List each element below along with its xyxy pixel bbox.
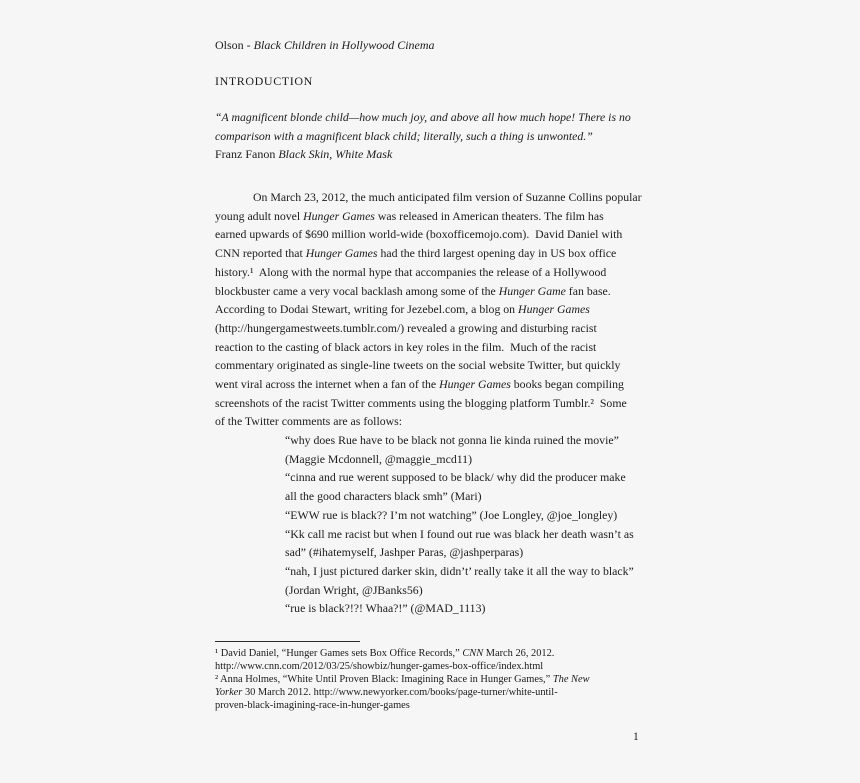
text-run: had the third largest opening day in US … xyxy=(378,246,617,260)
text-line: earned upwards of $690 million world-wid… xyxy=(215,225,642,244)
text-run: all the good characters black smh” (Mari… xyxy=(285,489,482,503)
document-page: Olson - Black Children in Hollywood Cine… xyxy=(0,0,860,783)
text-line: reaction to the casting of black actors … xyxy=(215,338,642,357)
text-run: ¹ David Daniel, “Hunger Games sets Box O… xyxy=(215,648,462,659)
page-number: 1 xyxy=(633,731,639,743)
text-run: screenshots of the racist Twitter commen… xyxy=(215,396,627,410)
text-line: commentary originated as single-line twe… xyxy=(215,356,642,375)
italic-run: Hunger Game xyxy=(499,284,566,298)
text-line: ¹ David Daniel, “Hunger Games sets Box O… xyxy=(215,647,590,660)
text-run: (Maggie Mcdonnell, @maggie_mcd11) xyxy=(285,452,472,466)
text-run: http://www.cnn.com/2012/03/25/showbiz/hu… xyxy=(215,661,543,672)
text-line: blockbuster came a very vocal backlash a… xyxy=(215,282,642,301)
text-line: On March 23, 2012, the much anticipated … xyxy=(215,188,642,207)
italic-run: Black Skin, White Mask xyxy=(278,147,392,161)
text-run: sad” (#ihatemyself, Jashper Paras, @jash… xyxy=(285,545,523,559)
text-run: March 26, 2012. xyxy=(483,648,554,659)
text-run: fan base. xyxy=(566,284,611,298)
text-line: history.¹ Along with the normal hype tha… xyxy=(215,263,642,282)
italic-run: The New xyxy=(553,674,590,685)
text-run: “nah, I just pictured darker skin, didn’… xyxy=(285,564,634,578)
text-line: screenshots of the racist Twitter commen… xyxy=(215,394,642,413)
text-run: “rue is black?!?! Whaa?!” (@MAD_1113) xyxy=(285,601,485,615)
text-line: of the Twitter comments are as follows: xyxy=(215,412,642,431)
text-run: Franz Fanon xyxy=(215,147,278,161)
text-line: “cinna and rue werent supposed to be bla… xyxy=(285,468,634,487)
text-run: books began compiling xyxy=(511,377,624,391)
footnotes: ¹ David Daniel, “Hunger Games sets Box O… xyxy=(215,647,590,712)
italic-run: Hunger Games xyxy=(439,377,511,391)
text-line: “why does Rue have to be black not gonna… xyxy=(285,431,634,450)
text-run: history.¹ Along with the normal hype tha… xyxy=(215,265,606,279)
text-run: went viral across the internet when a fa… xyxy=(215,377,439,391)
text-line: comparison with a magnificent black chil… xyxy=(215,127,631,146)
text-line: proven-black-imagining-race-in-hunger-ga… xyxy=(215,699,590,712)
italic-run: Hunger Games xyxy=(306,246,378,260)
text-run: “Kk call me racist but when I found out … xyxy=(285,527,634,541)
text-run: was released in American theaters. The f… xyxy=(375,209,604,223)
text-line: all the good characters black smh” (Mari… xyxy=(285,487,634,506)
intro-paragraph: On March 23, 2012, the much anticipated … xyxy=(215,188,642,431)
text-run: blockbuster came a very vocal backlash a… xyxy=(215,284,499,298)
text-line: went viral across the internet when a fa… xyxy=(215,375,642,394)
text-line: http://www.cnn.com/2012/03/25/showbiz/hu… xyxy=(215,660,590,673)
italic-run: comparison with a magnificent black chil… xyxy=(215,129,593,143)
italic-run: Hunger Games xyxy=(518,302,590,316)
text-line: (Maggie Mcdonnell, @maggie_mcd11) xyxy=(285,450,634,469)
text-line: “A magnificent blonde child—how much joy… xyxy=(215,108,631,127)
text-line: CNN reported that Hunger Games had the t… xyxy=(215,244,642,263)
text-run: “EWW rue is black?? I’m not watching” (J… xyxy=(285,508,617,522)
epigraph-attribution: Franz Fanon Black Skin, White Mask xyxy=(215,147,392,162)
text-run: proven-black-imagining-race-in-hunger-ga… xyxy=(215,700,410,711)
text-run: On March 23, 2012, the much anticipated … xyxy=(253,190,642,204)
text-run: (http://hungergamestweets.tumblr.com/) r… xyxy=(215,321,597,335)
footnote-separator xyxy=(215,641,360,642)
text-line: (http://hungergamestweets.tumblr.com/) r… xyxy=(215,319,642,338)
text-line: “EWW rue is black?? I’m not watching” (J… xyxy=(285,506,634,525)
text-line: ² Anna Holmes, “White Until Proven Black… xyxy=(215,673,590,686)
text-run: Olson - xyxy=(215,38,254,52)
text-line: Yorker 30 March 2012. http://www.newyork… xyxy=(215,686,590,699)
text-run: ² Anna Holmes, “White Until Proven Black… xyxy=(215,674,553,685)
italic-run: Black Children in Hollywood Cinema xyxy=(254,38,435,52)
text-line: (Jordan Wright, @JBanks56) xyxy=(285,581,634,600)
italic-run: “A magnificent blonde child—how much joy… xyxy=(215,110,631,124)
text-run: “why does Rue have to be black not gonna… xyxy=(285,433,619,447)
text-line: “Kk call me racist but when I found out … xyxy=(285,525,634,544)
text-run: CNN reported that xyxy=(215,246,306,260)
text-run: of the Twitter comments are as follows: xyxy=(215,414,402,428)
text-run: (Jordan Wright, @JBanks56) xyxy=(285,583,423,597)
tweet-quotes: “why does Rue have to be black not gonna… xyxy=(285,431,634,618)
text-run: “cinna and rue werent supposed to be bla… xyxy=(285,470,626,484)
italic-run: Yorker xyxy=(215,687,242,698)
text-line: According to Dodai Stewart, writing for … xyxy=(215,300,642,319)
text-run: According to Dodai Stewart, writing for … xyxy=(215,302,518,316)
italic-run: Hunger Games xyxy=(303,209,375,223)
italic-run: CNN xyxy=(462,648,483,659)
text-run: reaction to the casting of black actors … xyxy=(215,340,596,354)
text-run: 30 March 2012. http://www.newyorker.com/… xyxy=(242,687,557,698)
text-run: earned upwards of $690 million world-wid… xyxy=(215,227,622,241)
text-run: young adult novel xyxy=(215,209,303,223)
text-line: “rue is black?!?! Whaa?!” (@MAD_1113) xyxy=(285,599,634,618)
running-head: Olson - Black Children in Hollywood Cine… xyxy=(215,38,435,53)
section-heading: INTRODUCTION xyxy=(215,74,313,89)
epigraph: “A magnificent blonde child—how much joy… xyxy=(215,108,631,146)
text-line: sad” (#ihatemyself, Jashper Paras, @jash… xyxy=(285,543,634,562)
text-line: “nah, I just pictured darker skin, didn’… xyxy=(285,562,634,581)
text-run: commentary originated as single-line twe… xyxy=(215,358,620,372)
text-line: young adult novel Hunger Games was relea… xyxy=(215,207,642,226)
